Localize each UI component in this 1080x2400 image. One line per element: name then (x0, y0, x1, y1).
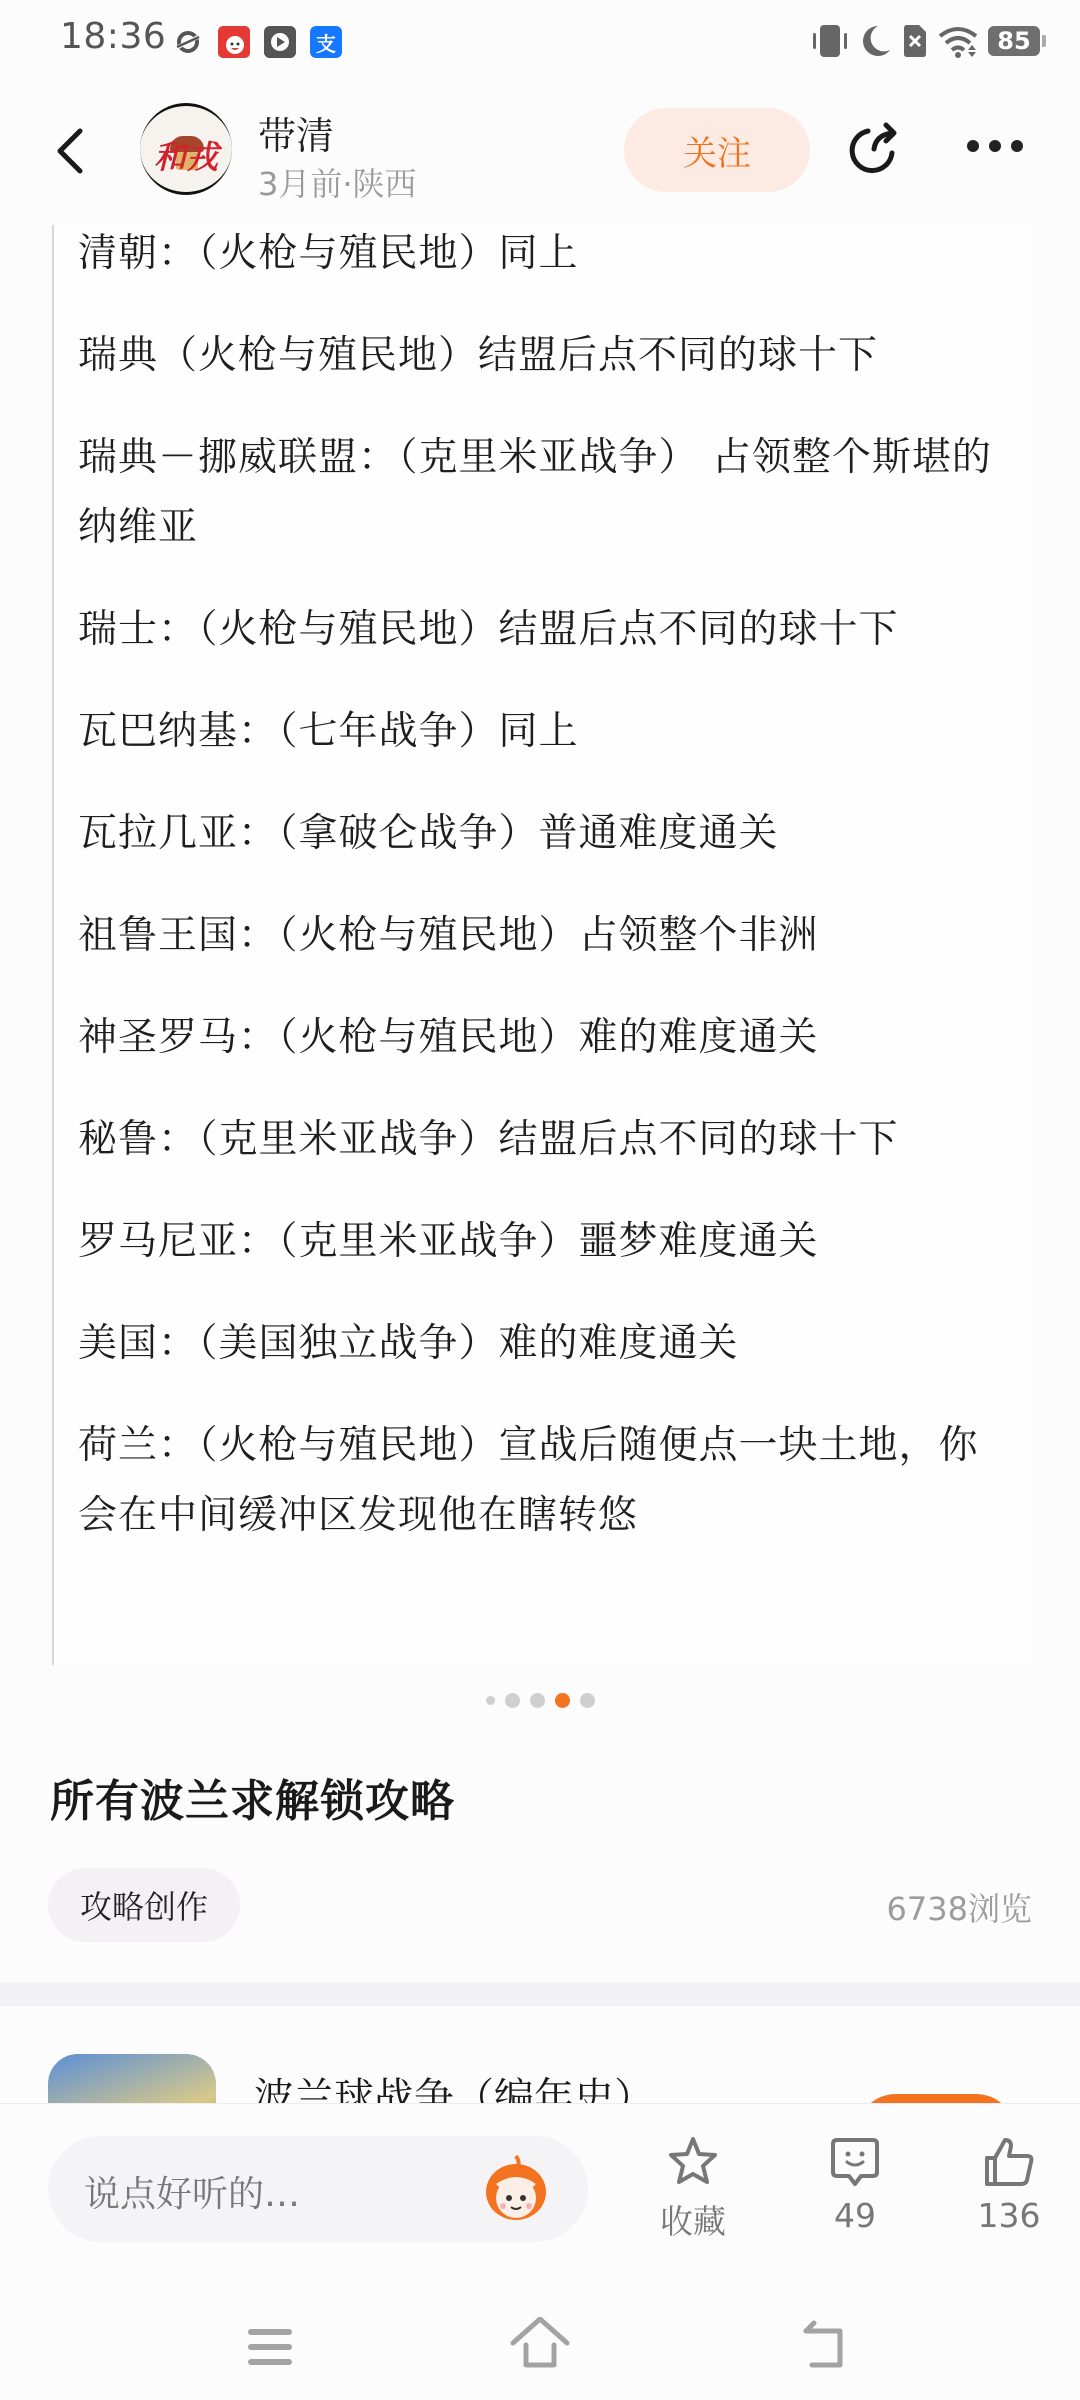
do-not-disturb-moon-icon (860, 24, 892, 58)
back-nav-button[interactable] (790, 2317, 860, 2377)
mascot-emoji-icon[interactable] (476, 2154, 556, 2224)
back-button[interactable] (46, 119, 96, 179)
menu-icon (235, 2317, 305, 2377)
image-carousel[interactable]: 清朝：（火枪与殖民地）同上 瑞典（火枪与殖民地）结盟后点不同的球十下 瑞典－挪威… (0, 210, 1080, 1670)
author-name[interactable]: 带清 (258, 105, 334, 160)
chevron-left-icon (46, 119, 96, 179)
home-button[interactable] (505, 2317, 575, 2377)
follow-button[interactable]: 关注 (624, 108, 810, 192)
video-play-icon (264, 26, 296, 58)
post-time-location: 3月前·陕西 (258, 159, 417, 205)
list-item: 瓦巴纳基：（七年战争）同上 (78, 697, 1018, 767)
list-item: 祖鲁王国：（火枪与殖民地）占领整个非洲 (78, 901, 1018, 971)
status-bar: 18:36 支 85 (0, 0, 1080, 80)
comment-bubble-icon (827, 2134, 883, 2190)
like-button[interactable]: 136 (954, 2134, 1064, 2235)
system-status-icons: 85 (810, 24, 1040, 58)
list-item: 瑞典－挪威联盟：（克里米亚战争） 占领整个斯堪的纳维亚 (78, 423, 1018, 563)
system-navigation-bar (0, 2293, 1080, 2400)
list-item: 荷兰：（火枪与殖民地）宣战后随便点一块土地，你会在中间缓冲区发现他在瞎转悠 (78, 1411, 1018, 1551)
list-item: 瑞典（火枪与殖民地）结盟后点不同的球十下 (78, 321, 1018, 391)
carousel-indicator (0, 1690, 1080, 1710)
favorite-label: 收藏 (638, 2196, 748, 2243)
view-count: 6738浏览 (887, 1884, 1032, 1930)
comment-input[interactable]: 说点好听的… (48, 2136, 588, 2242)
list-item: 美国：（美国独立战争）难的难度通关 (78, 1309, 1018, 1379)
game-card[interactable]: 波兰球战争（编年史） (0, 2006, 1080, 2106)
game-name[interactable]: 波兰球战争（编年史） (254, 2066, 654, 2106)
list-item: 神圣罗马：（火枪与殖民地）难的难度通关 (78, 1003, 1018, 1073)
unlock-list: 清朝：（火枪与殖民地）同上 瑞典（火枪与殖民地）结盟后点不同的球十下 瑞典－挪威… (78, 225, 1018, 1583)
home-icon (505, 2317, 575, 2377)
list-item: 瓦拉几亚：（拿破仑战争）普通难度通关 (78, 799, 1018, 869)
vibrate-icon (810, 24, 850, 58)
bottom-action-bar: 说点好听的… 收藏 49 136 (0, 2103, 1080, 2293)
recent-apps-button[interactable] (235, 2317, 305, 2377)
game-icon[interactable] (48, 2054, 216, 2106)
more-dot-icon (989, 140, 1001, 152)
share-button[interactable] (842, 117, 906, 181)
thumbs-up-icon (981, 2134, 1037, 2190)
favorite-button[interactable]: 收藏 (638, 2134, 748, 2243)
more-options-button[interactable] (960, 131, 1030, 161)
carousel-dot[interactable] (580, 1693, 595, 1708)
share-icon (842, 117, 906, 181)
battery-indicator: 85 (988, 26, 1040, 56)
section-divider (0, 1982, 1080, 2006)
back-arrow-icon (790, 2317, 860, 2377)
comment-placeholder: 说点好听的… (84, 2166, 300, 2217)
carousel-image[interactable]: 清朝：（火枪与殖民地）同上 瑞典（火枪与殖民地）结盟后点不同的球十下 瑞典－挪威… (52, 225, 1032, 1665)
author-avatar[interactable]: 和戎 (140, 103, 232, 195)
carousel-dot-active[interactable] (555, 1693, 570, 1708)
comment-button[interactable]: 49 (800, 2134, 910, 2235)
more-dot-icon (967, 140, 979, 152)
post-header: 和戎 带清 3月前·陕西 关注 (0, 95, 1080, 210)
planet-icon (172, 26, 204, 58)
carousel-dot[interactable] (530, 1693, 545, 1708)
avatar-text: 和戎 (140, 132, 232, 178)
carousel-dot[interactable] (486, 1696, 495, 1705)
list-item: 瑞士：（火枪与殖民地）结盟后点不同的球十下 (78, 595, 1018, 665)
status-time: 18:36 (60, 16, 166, 57)
wifi-icon (938, 24, 978, 58)
more-dot-icon (1011, 140, 1023, 152)
star-icon (665, 2134, 721, 2190)
comment-count: 49 (800, 2196, 910, 2235)
notification-icons: 支 (172, 26, 342, 58)
post-title: 所有波兰求解锁攻略 (50, 1765, 455, 1829)
like-count: 136 (954, 2196, 1064, 2235)
alipay-icon: 支 (310, 26, 342, 58)
no-sim-icon (902, 24, 928, 58)
tag-chip[interactable]: 攻略创作 (48, 1868, 240, 1942)
list-item: 秘鲁：（克里米亚战争）结盟后点不同的球十下 (78, 1105, 1018, 1175)
carousel-dot[interactable] (505, 1693, 520, 1708)
list-item: 清朝：（火枪与殖民地）同上 (78, 225, 1018, 289)
list-item: 罗马尼亚：（克里米亚战争）噩梦难度通关 (78, 1207, 1018, 1277)
shopping-app-icon (218, 26, 250, 58)
